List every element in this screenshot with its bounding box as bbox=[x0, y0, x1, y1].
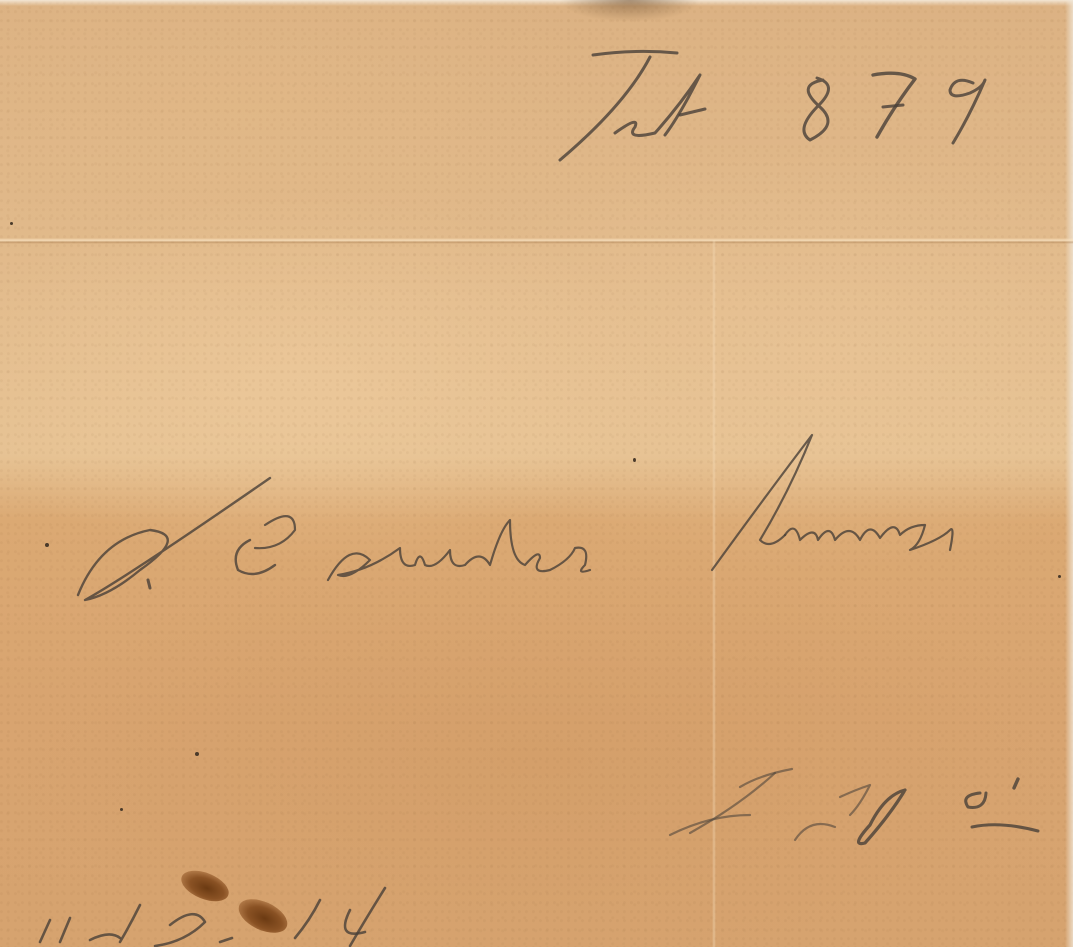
signature-handwriting bbox=[70, 430, 990, 620]
ink-speck bbox=[45, 543, 49, 547]
ink-speck bbox=[120, 808, 123, 811]
horizontal-fold-crease bbox=[0, 238, 1073, 244]
paper-top-edge bbox=[0, 0, 1073, 6]
ink-speck bbox=[195, 752, 199, 756]
paper-document: Tel- 879 A. C. Lucinda Suess bbox=[0, 0, 1073, 947]
torn-corner-shadow bbox=[560, 0, 700, 40]
telephone-handwriting bbox=[555, 45, 1015, 165]
ink-speck bbox=[633, 458, 636, 462]
ink-speck bbox=[10, 222, 13, 225]
ink-speck bbox=[1058, 575, 1061, 578]
amount-handwriting bbox=[660, 755, 1050, 855]
paper-right-edge bbox=[1065, 0, 1073, 947]
